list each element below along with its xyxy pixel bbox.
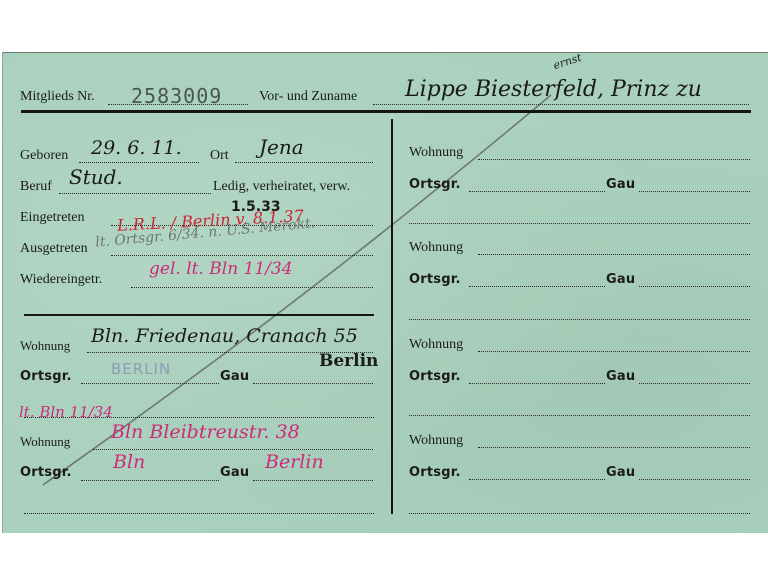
address1-value: Bln. Friedenau, Cranach 55	[91, 325, 358, 347]
right3-extra-line	[409, 415, 750, 416]
address2-value: Bln Bleibtreustr. 38	[111, 421, 300, 443]
right4-extra-line	[409, 513, 750, 514]
address1-group-stamp: BERLIN	[111, 360, 171, 378]
header-rule	[21, 110, 751, 113]
right1-gau-label: Gau	[606, 177, 635, 192]
right1-extra-line	[409, 223, 750, 224]
left-section-rule	[24, 314, 374, 316]
occupation-value: Stud.	[69, 165, 123, 189]
right3-gau-line	[639, 383, 750, 384]
rejoined-line	[131, 287, 373, 288]
address2-note: lt. Bln 11/34	[19, 403, 113, 421]
right4-group-line	[469, 479, 605, 480]
left-line	[111, 255, 373, 256]
membership-card: Mitglieds Nr. 2583009 Vor- und Zuname Li…	[2, 52, 768, 533]
address2-group-value: Bln	[113, 451, 145, 473]
right2-gau-label: Gau	[606, 272, 635, 287]
address1-gau-label: Gau	[220, 369, 249, 384]
right4-group-label: Ortsgr.	[409, 465, 461, 480]
full-name-value: Lippe Biesterfeld, Prinz zu	[405, 77, 702, 102]
address1-group-label: Ortsgr.	[20, 369, 72, 384]
right3-group-label: Ortsgr.	[409, 369, 461, 384]
address2-group-label: Ortsgr.	[20, 465, 72, 480]
address2-gau-line	[253, 480, 373, 481]
born-line	[79, 162, 199, 163]
address2-extra-line	[24, 513, 374, 514]
full-name-line	[373, 104, 749, 105]
member-number-value: 2583009	[131, 84, 222, 108]
right1-group-label: Ortsgr.	[409, 177, 461, 192]
place-label: Ort	[210, 148, 229, 164]
right1-gau-line	[639, 191, 750, 192]
right4-address-line	[478, 447, 750, 448]
right2-gau-line	[639, 286, 750, 287]
rejoined-value: gel. lt. Bln 11/34	[149, 259, 293, 279]
marital-status-label: Ledig, verheiratet, verw.	[213, 179, 350, 195]
right2-group-label: Ortsgr.	[409, 272, 461, 287]
address1-gau-value: Berlin	[319, 351, 378, 371]
member-number-label: Mitglieds Nr.	[20, 89, 95, 105]
occupation-line	[59, 193, 211, 194]
address2-line	[93, 449, 373, 450]
address1-gau-line	[253, 383, 373, 384]
right4-gau-line	[639, 479, 750, 480]
right2-extra-line	[409, 319, 750, 320]
left-label: Ausgetreten	[20, 241, 88, 257]
joined-label: Eingetreten	[20, 210, 85, 226]
column-divider	[391, 119, 393, 514]
address2-label: Wohnung	[20, 434, 70, 450]
address1-label: Wohnung	[20, 338, 70, 354]
right4-gau-label: Gau	[606, 465, 635, 480]
address2-gau-value: Berlin	[265, 451, 324, 473]
full-name-label: Vor- und Zuname	[259, 89, 357, 105]
right2-group-line	[469, 286, 605, 287]
occupation-label: Beruf	[20, 179, 52, 195]
right1-group-line	[469, 191, 605, 192]
address2-group-line	[81, 480, 219, 481]
right3-group-line	[469, 383, 605, 384]
right3-address-label: Wohnung	[409, 337, 463, 353]
address1-group-line	[81, 383, 219, 384]
right2-address-line	[478, 254, 750, 255]
right1-address-line	[478, 159, 750, 160]
right3-gau-label: Gau	[606, 369, 635, 384]
right3-address-line	[478, 351, 750, 352]
address2-gau-label: Gau	[220, 465, 249, 480]
born-label: Geboren	[20, 148, 68, 164]
right4-address-label: Wohnung	[409, 433, 463, 449]
place-line	[235, 162, 373, 163]
right1-address-label: Wohnung	[409, 145, 463, 161]
born-value: 29. 6. 11.	[91, 137, 182, 159]
place-value: Jena	[259, 135, 304, 159]
right2-address-label: Wohnung	[409, 240, 463, 256]
rejoined-label: Wiedereingetr.	[20, 272, 102, 288]
